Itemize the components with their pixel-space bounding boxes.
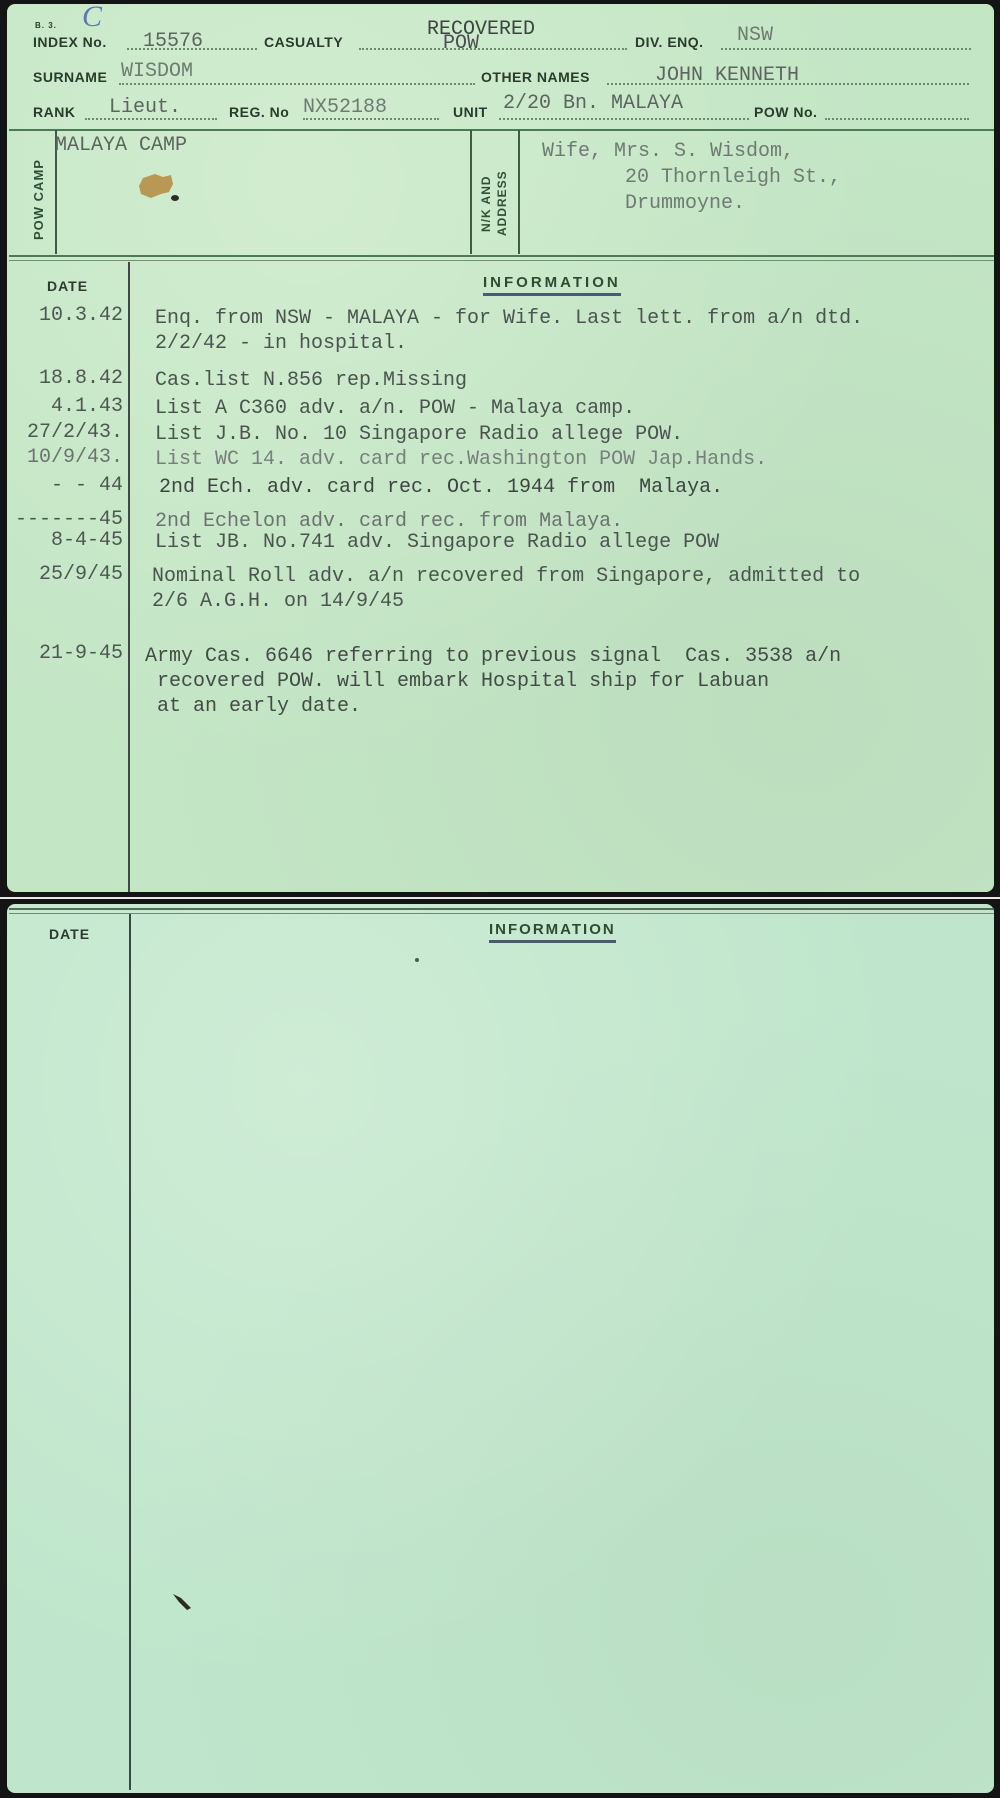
- paper-mark: [169, 1590, 199, 1614]
- entry-date: 8-4-45: [11, 529, 123, 552]
- div-enq-dotted-line: [721, 48, 971, 50]
- reg-no-label: REG. No: [229, 104, 289, 120]
- entry-date: 21-9-45: [11, 642, 123, 665]
- nk-label-divider: [518, 130, 520, 254]
- pow-no-label: POW No.: [754, 104, 817, 120]
- unit-value: 2/20 Bn. MALAYA: [503, 92, 683, 115]
- entry-text: List JB. No.741 adv. Singapore Radio all…: [155, 530, 719, 555]
- back-date-column-header: DATE: [49, 926, 90, 942]
- date-column-divider: [128, 262, 130, 892]
- entry-date: 4.1.43: [11, 395, 123, 418]
- card-separator: [0, 897, 1000, 899]
- casualty-label: CASUALTY: [264, 34, 343, 50]
- nk-address-line-1: Wife, Mrs. S. Wisdom,: [542, 140, 794, 163]
- table-top-rule-1: [9, 255, 994, 257]
- index-no-value: 15576: [143, 30, 203, 53]
- pow-no-dotted-line: [825, 118, 969, 120]
- nk-left-divider: [470, 130, 472, 254]
- entry-date: 18.8.42: [11, 367, 123, 390]
- entry-text: 2nd Ech. adv. card rec. Oct. 1944 from M…: [159, 475, 723, 500]
- unit-dotted-line: [499, 118, 749, 120]
- entry-text: List A C360 adv. a/n. POW - Malaya camp.: [155, 396, 635, 421]
- reg-no-value: NX52188: [303, 96, 387, 119]
- entry-date: 25/9/45: [11, 563, 123, 586]
- nk-label-line2: ADDRESS: [495, 170, 509, 236]
- div-enq-label: DIV. ENQ.: [635, 34, 704, 50]
- index-no-label: INDEX No.: [33, 34, 107, 50]
- nk-label-line1: N/K AND: [479, 175, 493, 232]
- casualty-dotted-line: [359, 48, 627, 50]
- entry-date: -------45: [1, 508, 123, 531]
- surname-value: WISDOM: [121, 60, 193, 83]
- pow-camp-label: POW CAMP: [31, 159, 46, 240]
- other-names-value: JOHN KENNETH: [655, 64, 799, 87]
- rank-label: RANK: [33, 104, 75, 120]
- record-card-back: DATE INFORMATION: [7, 904, 994, 1793]
- entry-date: 10/9/43.: [11, 446, 123, 469]
- unit-label: UNIT: [453, 104, 488, 120]
- casualty-struck-value: POW: [443, 32, 479, 55]
- back-top-rule-2: [9, 913, 994, 914]
- form-code: B. 3.: [35, 21, 57, 30]
- entry-text: Cas.list N.856 rep.Missing: [155, 368, 467, 393]
- paper-stain: [137, 172, 187, 212]
- rank-value: Lieut.: [109, 96, 181, 119]
- information-column-header: INFORMATION: [483, 274, 621, 296]
- entry-text: Nominal Roll adv. a/n recovered from Sin…: [152, 564, 860, 614]
- other-names-label: OTHER NAMES: [481, 69, 590, 85]
- div-enq-value: NSW: [737, 24, 773, 47]
- table-top-rule-2: [9, 260, 994, 261]
- nk-address-line-2: 20 Thornleigh St.,: [625, 166, 841, 189]
- surname-dotted-line: [119, 83, 475, 85]
- entry-text: List J.B. No. 10 Singapore Radio allege …: [155, 422, 683, 447]
- back-top-rule-1: [9, 908, 994, 910]
- entry-text: Enq. from NSW - MALAYA - for Wife. Last …: [155, 306, 863, 356]
- back-date-column-divider: [129, 914, 131, 1790]
- nk-address-line-3: Drummoyne.: [625, 192, 745, 215]
- surname-label: SURNAME: [33, 69, 107, 85]
- back-information-column-header: INFORMATION: [489, 921, 616, 943]
- entry-date: 10.3.42: [11, 304, 123, 327]
- annotation-mark: C: [82, 0, 102, 34]
- entry-text: Army Cas. 6646 referring to previous sig…: [145, 644, 841, 719]
- entry-date: - - 44: [11, 474, 123, 497]
- entry-text: List WC 14. adv. card rec.Washington POW…: [155, 447, 767, 472]
- pow-camp-value: MALAYA CAMP: [55, 134, 187, 157]
- date-column-header: DATE: [47, 278, 88, 294]
- entry-date: 27/2/43.: [11, 421, 123, 444]
- header-divider: [9, 129, 994, 131]
- record-card-front: C B. 3. INDEX No. 15576 CASUALTY RECOVER…: [7, 4, 994, 892]
- paper-speck: [415, 958, 419, 962]
